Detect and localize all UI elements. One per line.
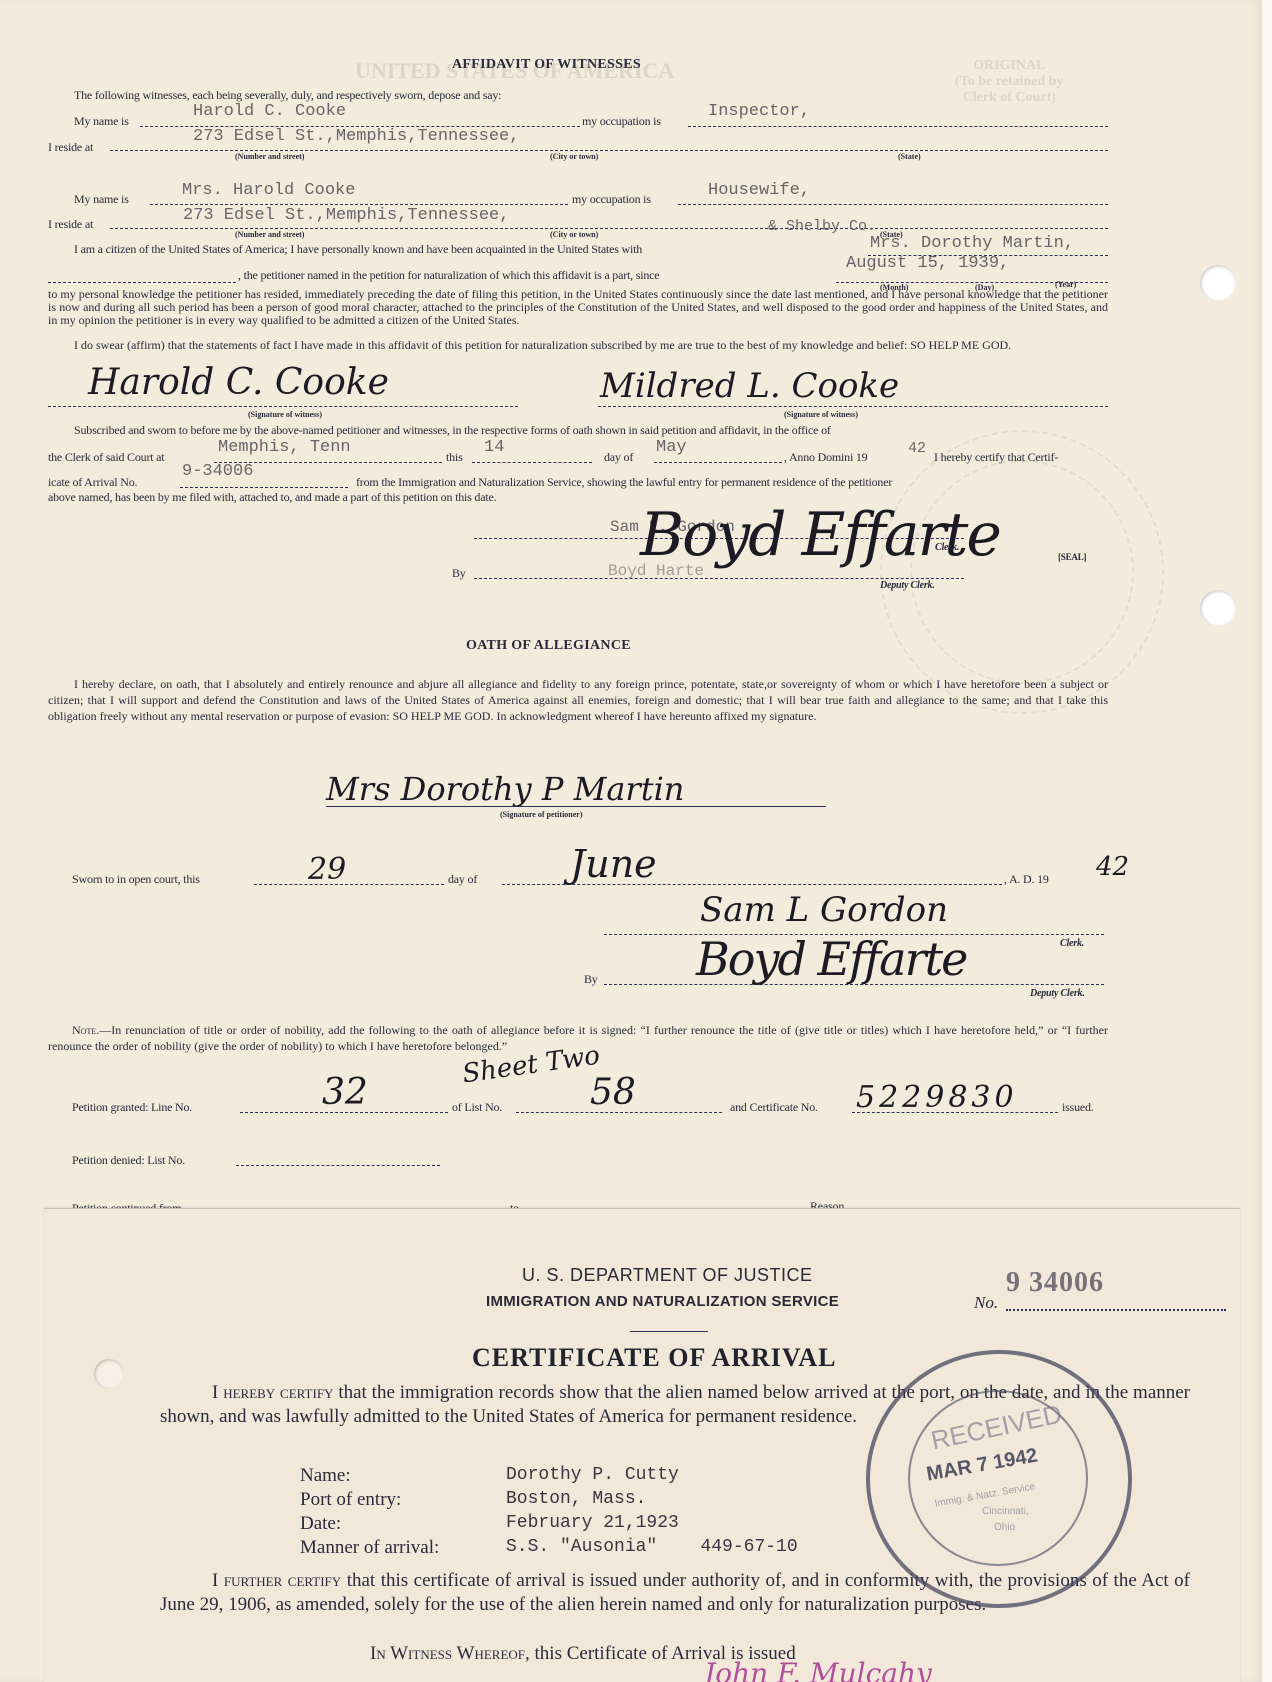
affidavit-intro: The following witnesses, each being seve…	[74, 88, 501, 103]
received-stamp: RECEIVED MAR 7 1942 Immig. & Natz. Servi…	[866, 1350, 1132, 1608]
arrival-statement-2: above named, has been by me filed with, …	[48, 490, 496, 505]
witness1-occupation-label: my occupation is	[582, 114, 661, 129]
dept-of-justice: U. S. DEPARTMENT OF JUSTICE	[522, 1265, 813, 1286]
witness2-reside-label: I reside at	[48, 217, 93, 232]
ad-label: , A. D. 19	[1004, 872, 1049, 887]
affidavit-title: AFFIDAVIT OF WITNESSES	[452, 57, 641, 73]
witness1-name[interactable]: Harold C. Cooke	[193, 102, 346, 121]
certificate-no-label: and Certificate No.	[730, 1100, 818, 1115]
deputy-clerk-label: Deputy Clerk.	[880, 580, 935, 591]
petitioner-signature-line	[326, 806, 826, 807]
witness2-name-line	[150, 204, 568, 205]
caption-signature-witness: (Signature of witness)	[784, 410, 858, 419]
witness2-occupation[interactable]: Housewife,	[708, 181, 810, 200]
arrival-statement: from the Immigration and Naturalization …	[356, 475, 892, 490]
paper-edge	[1262, 0, 1272, 1682]
sworn-day-of-label: day of	[448, 872, 477, 887]
witness2-occupation-line	[678, 204, 1108, 205]
denied-list-line	[236, 1165, 440, 1166]
field-value-manner: S.S. "Ausonia" 449-67-10	[506, 1537, 798, 1557]
field-label-name: Name:	[300, 1465, 351, 1487]
certify-label: I hereby certify that Certif-	[934, 450, 1058, 465]
field-label-port: Port of entry:	[300, 1489, 401, 1511]
arrival-no-line	[180, 487, 348, 488]
cert-number: 9 34006	[1006, 1267, 1104, 1299]
anno-domini-label: , Anno Domini 19	[784, 450, 867, 465]
subscribed-year[interactable]: 42	[908, 440, 926, 457]
petition-denied-label: Petition denied: List No.	[72, 1153, 185, 1168]
seal-label: [SEAL]	[1058, 552, 1086, 562]
oath-by-label: By	[584, 972, 598, 987]
witness1-name-label: My name is	[74, 114, 129, 129]
witness2-address-line	[110, 228, 1108, 229]
day-of-label: day of	[604, 450, 633, 465]
note-label: Note.	[72, 1023, 99, 1037]
naturalization-document-page: UNITED STATES OF AMERICA ORIGINAL(To be …	[0, 0, 1262, 1682]
witness-lead: In Witness Whereof	[370, 1643, 525, 1664]
witness1-signature: Harold C. Cooke	[88, 362, 389, 403]
witness2-signature-line	[598, 406, 1108, 407]
caption-city: (City or town)	[550, 152, 598, 161]
month-line	[654, 462, 782, 463]
list-no[interactable]: 58	[590, 1072, 636, 1113]
caption-signature-witness: (Signature of witness)	[248, 410, 322, 419]
deputy-signature: Boyd Effarte	[640, 500, 1000, 570]
field-value-port: Boston, Mass.	[506, 1489, 646, 1509]
field-value-name: Dorothy P. Cutty	[506, 1465, 679, 1485]
field-label-manner: Manner of arrival:	[300, 1537, 439, 1559]
subscribed-statement: Subscribed and sworn to before me by the…	[74, 423, 831, 438]
sworn-day[interactable]: 29	[308, 852, 346, 887]
slip-punch-mark	[94, 1359, 124, 1389]
sworn-day-line	[254, 884, 444, 885]
caption-street: (Number and street)	[235, 152, 304, 161]
oath-deputy-label: Deputy Clerk.	[1030, 988, 1085, 999]
bleedthrough-original: ORIGINAL(To be retained byClerk of Court…	[955, 58, 1064, 106]
certificate-no[interactable]: 5229830	[856, 1080, 1018, 1115]
stamp-line3: Ohio	[994, 1522, 1015, 1533]
clerk-court-label: the Clerk of said Court at	[48, 450, 164, 465]
list-no-label: of List No.	[452, 1100, 502, 1115]
subscribed-day[interactable]: 14	[484, 438, 504, 457]
line-no[interactable]: 32	[322, 1072, 368, 1113]
sworn-year[interactable]: 42	[1096, 852, 1129, 882]
witness1-signature-line	[48, 406, 518, 407]
caption-signature-petitioner: (Signature of petitioner)	[500, 810, 583, 819]
day-line	[472, 462, 592, 463]
witness2-address[interactable]: 273 Edsel St.,Memphis,Tennessee,	[183, 206, 509, 225]
witness1-reside-label: I reside at	[48, 140, 93, 155]
swear-statement: I do swear (affirm) that the statements …	[48, 339, 1108, 352]
caption-city: (City or town)	[550, 230, 598, 239]
oath-title: OATH OF ALLEGIANCE	[466, 638, 631, 654]
petitioner-name[interactable]: Mrs. Dorothy Martin,	[870, 234, 1074, 253]
field-value-date: February 21,1923	[506, 1513, 679, 1533]
title-rule	[630, 1331, 708, 1332]
hereby-lead: I hereby certify	[212, 1382, 333, 1403]
cert-no-line	[1006, 1309, 1226, 1311]
deputy-line	[474, 578, 964, 579]
further-lead: I further certify	[212, 1570, 341, 1591]
caption-street: (Number and street)	[235, 230, 304, 239]
sworn-label: Sworn to in open court, this	[72, 872, 200, 887]
ins-service: IMMIGRATION AND NATURALIZATION SERVICE	[486, 1293, 839, 1310]
arrival-no[interactable]: 9-34006	[182, 462, 253, 481]
field-label-date: Date:	[300, 1513, 341, 1535]
witness2-occupation-label: my occupation is	[572, 192, 651, 207]
cert-no-label: No.	[974, 1293, 998, 1313]
punch-hole	[1200, 590, 1236, 626]
affidavit-body: to my personal knowledge the petitioner …	[48, 288, 1108, 327]
petitioner-statement: , the petitioner named in the petition f…	[238, 268, 659, 283]
petitioner-signature: Mrs Dorothy P Martin	[326, 770, 684, 808]
witness2-name[interactable]: Mrs. Harold Cooke	[182, 181, 355, 200]
citizen-statement: I am a citizen of the United States of A…	[74, 242, 642, 257]
petition-granted-label: Petition granted: Line No.	[72, 1100, 192, 1115]
court-location[interactable]: Memphis, Tenn	[218, 438, 351, 457]
sworn-month[interactable]: June	[570, 842, 657, 886]
arrival-no-label: icate of Arrival No.	[48, 475, 137, 490]
this-label: this	[446, 450, 463, 465]
witness1-occupation-line	[688, 126, 1108, 127]
witness1-address[interactable]: 273 Edsel St.,Memphis,Tennessee,	[193, 127, 519, 146]
subscribed-month[interactable]: May	[656, 438, 687, 457]
petitioner-continuation-line	[48, 282, 236, 283]
oath-deputy-signature: Boyd Effarte	[696, 932, 966, 986]
stamp-line2: Cincinnati,	[982, 1506, 1029, 1517]
punch-hole	[1200, 265, 1236, 301]
oath-text: I hereby declare, on oath, that I absolu…	[48, 676, 1108, 724]
issuer-signature: John F. Mulcahy	[704, 1657, 932, 1682]
oath-clerk-label: Clerk.	[1060, 938, 1084, 949]
issued-label: issued.	[1062, 1100, 1094, 1115]
witness2-name-label: My name is	[74, 192, 129, 207]
witness1-address-line	[110, 150, 1108, 151]
witness2-signature: Mildred L. Cooke	[600, 366, 899, 406]
by-label: By	[452, 566, 466, 581]
witness2-county[interactable]: & Shelby Co.	[768, 218, 876, 235]
caption-state: (State)	[898, 152, 921, 161]
embossed-seal-inner	[910, 460, 1134, 684]
witness1-occupation[interactable]: Inspector,	[708, 102, 810, 121]
certificate-title: CERTIFICATE OF ARRIVAL	[472, 1343, 836, 1373]
since-date[interactable]: August 15, 1939,	[846, 254, 1009, 273]
oath-clerk-signature: Sam L Gordon	[700, 890, 948, 930]
